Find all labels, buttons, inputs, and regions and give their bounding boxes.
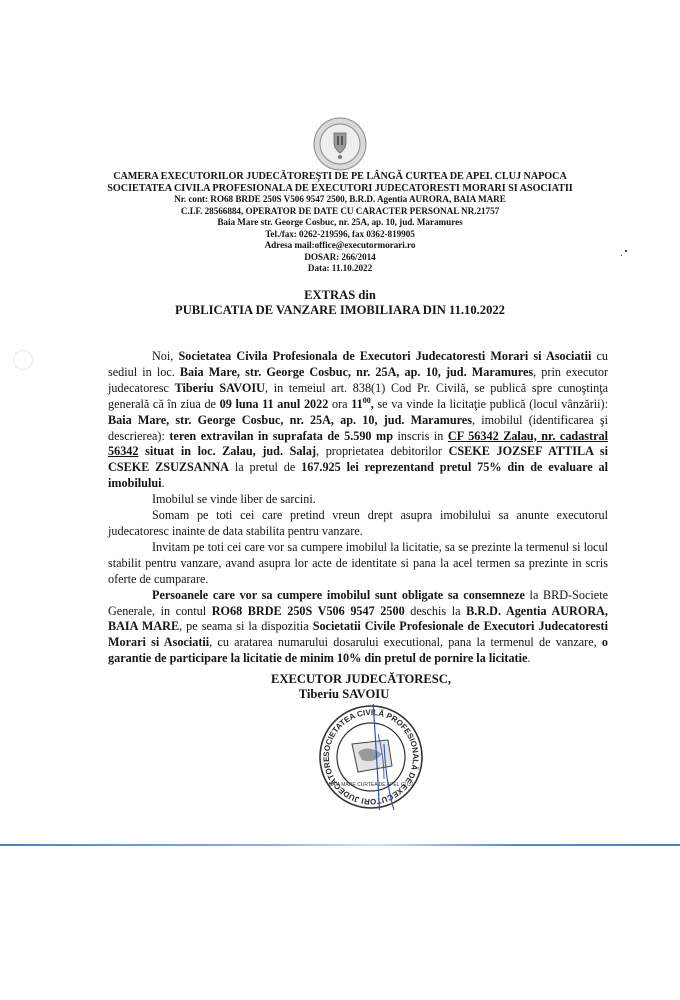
scan-speck [625,250,627,252]
letterhead-address: Baia Mare str. George Cosbuc, nr. 25A, a… [0,217,680,229]
letterhead-account: Nr. cont: RO68 BRDE 250S V506 9547 2500,… [0,194,680,206]
letterhead-phone: Tel./fax: 0262-219596, fax 0362-819905 [0,229,680,241]
document-date: Data: 11.10.2022 [0,263,680,275]
page-divider [0,844,680,846]
svg-text:BAIA MARE CURTEA DE APEL CLUJ: BAIA MARE CURTEA DE APEL CLUJ [329,782,414,788]
bank-account: RO68 BRDE 250S V506 9547 2500 [212,604,405,618]
case-number: DOSAR: 266/2014 [0,252,680,264]
title-line-2: PUBLICATIA DE VANZARE IMOBILIARA DIN 11.… [0,303,680,318]
title-line-1: EXTRAS din [0,288,680,303]
scan-speck [621,255,622,256]
letterhead-cif: C.I.F. 28566884, OPERATOR DE DATE CU CAR… [0,206,680,218]
official-stamp-icon: SOCIETATEA CIVILĂ PROFESIONALĂ DE EXECUT… [318,704,424,810]
paragraph-guarantee: Persoanele care vor sa cumpere imobilul … [108,588,608,668]
signer-role: EXECUTOR JUDECĂTORESC, [0,672,680,687]
letterhead-email: Adresa mail:office@executormorari.ro [0,240,680,252]
letterhead-chamber: CAMERA EXECUTORILOR JUDECĂTOREŞTI DE PE … [0,171,680,183]
letterhead: CAMERA EXECUTORILOR JUDECĂTOREŞTI DE PE … [0,171,680,275]
paragraph-claims: Somam pe toti cei care pretind vreun dre… [108,508,608,540]
letterhead-company: SOCIETATEA CIVILA PROFESIONALA DE EXECUT… [0,183,680,195]
punch-hole-mark [13,350,33,370]
document-body: Noi, Societatea Civila Profesionala de E… [108,349,608,667]
signature-block: EXECUTOR JUDECĂTORESC, Tiberiu SAVOIU [0,672,680,702]
emblem-seal-icon [313,117,367,171]
paragraph-invitation: Invitam pe toti cei care vor sa cumpere … [108,540,608,588]
paragraph-encumbrances: Imobilul se vinde liber de sarcini. [108,492,608,508]
signer-name: Tiberiu SAVOIU [0,687,680,702]
document-page: CAMERA EXECUTORILOR JUDECĂTOREŞTI DE PE … [0,0,680,1000]
document-title: EXTRAS din PUBLICATIA DE VANZARE IMOBILI… [0,288,680,318]
paragraph-announcement: Noi, Societatea Civila Profesionala de E… [108,349,608,492]
